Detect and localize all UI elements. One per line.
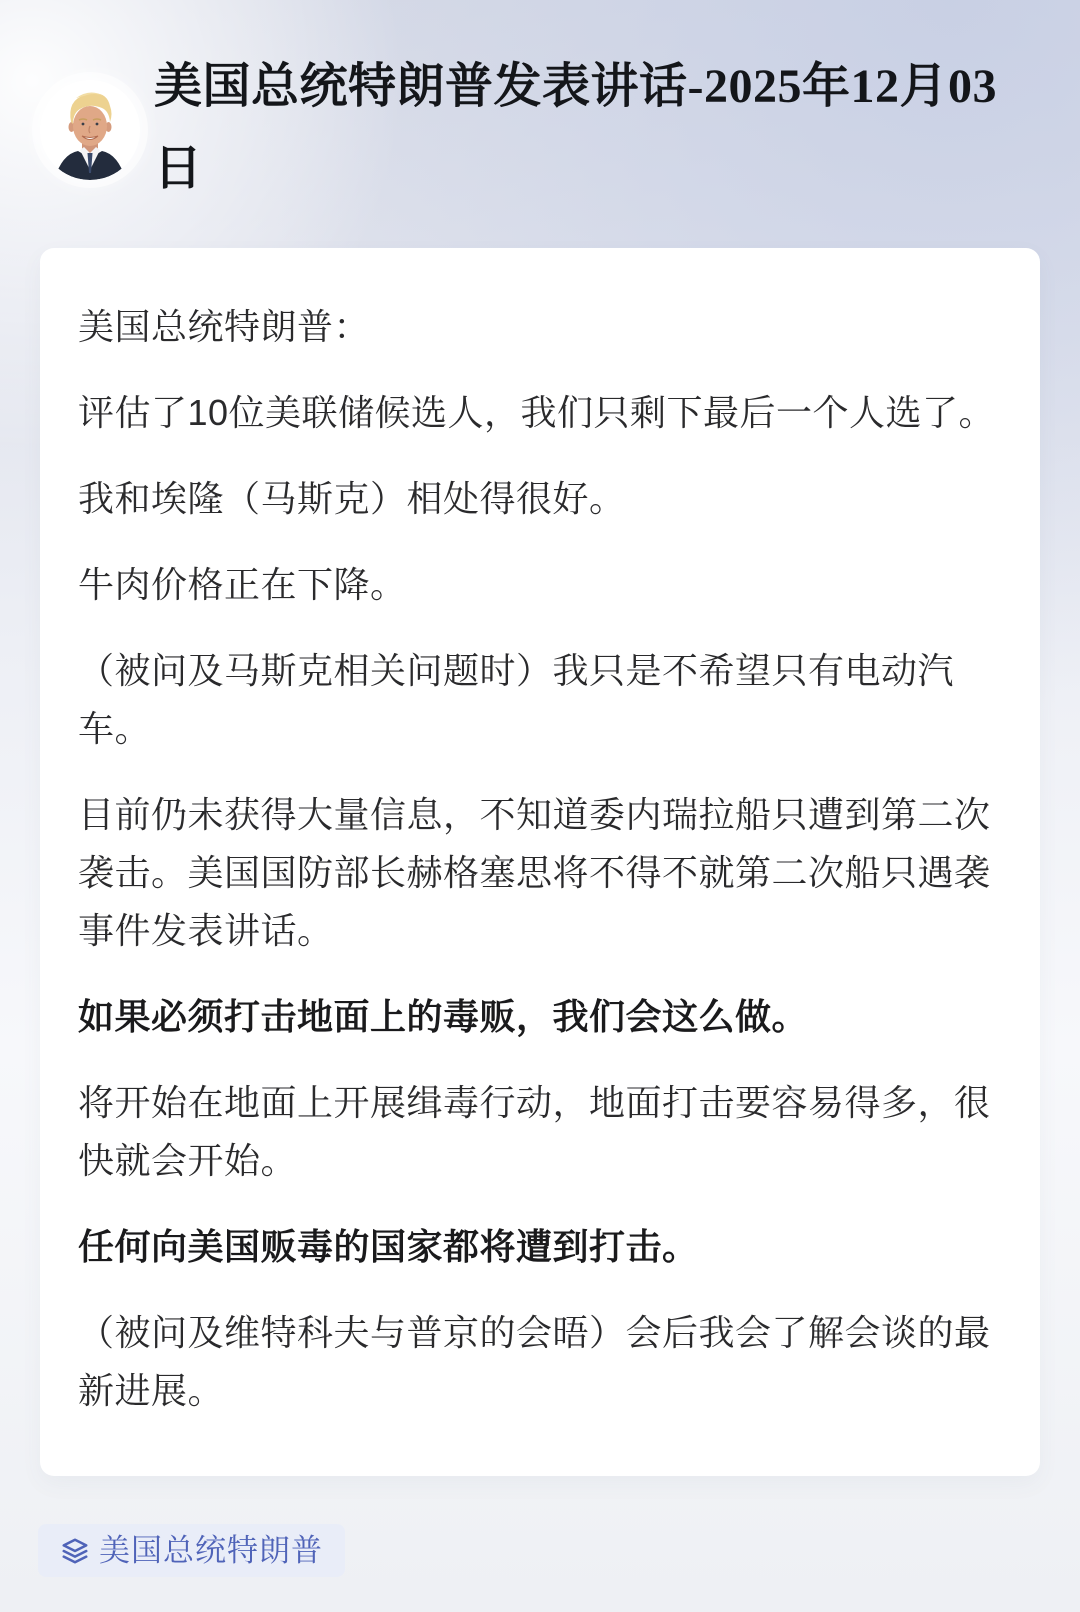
trump-portrait-image: [40, 80, 140, 180]
post-title: 美国总统特朗普发表讲话-2025年12月03日: [154, 46, 1034, 210]
paragraph: 牛肉价格正在下降。: [78, 556, 1002, 614]
paragraph: （被问及维特科夫与普京的会晤）会后我会了解会谈的最新进展。: [78, 1304, 1002, 1420]
paragraph-emphasis: 如果必须打击地面上的毒贩，我们会这么做。: [78, 988, 1002, 1046]
post-header: 美国总统特朗普发表讲话-2025年12月03日: [40, 46, 1040, 210]
page: 美国总统特朗普发表讲话-2025年12月03日 美国总统特朗普： 评估了10位美…: [0, 46, 1080, 1577]
topic-tag-label: 美国总统特朗普: [99, 1535, 323, 1566]
paragraph: （被问及马斯克相关问题时）我只是不希望只有电动汽车。: [78, 642, 1002, 758]
paragraph: 评估了10位美联储候选人，我们只剩下最后一个人选了。: [78, 384, 1002, 442]
content-card: 美国总统特朗普： 评估了10位美联储候选人，我们只剩下最后一个人选了。 我和埃隆…: [40, 248, 1040, 1476]
paragraph-emphasis: 任何向美国贩毒的国家都将遭到打击。: [78, 1218, 1002, 1276]
paragraph: 目前仍未获得大量信息，不知道委内瑞拉船只遭到第二次袭击。美国国防部长赫格塞思将不…: [78, 786, 1002, 960]
avatar: [40, 80, 140, 180]
paragraph-speaker: 美国总统特朗普：: [78, 298, 1002, 356]
layers-icon: [60, 1536, 90, 1566]
paragraph: 我和埃隆（马斯克）相处得很好。: [78, 470, 1002, 528]
topic-tag[interactable]: 美国总统特朗普: [38, 1524, 345, 1577]
post-footer: 美国总统特朗普: [38, 1524, 1040, 1577]
paragraph: 将开始在地面上开展缉毒行动，地面打击要容易得多，很快就会开始。: [78, 1074, 1002, 1190]
